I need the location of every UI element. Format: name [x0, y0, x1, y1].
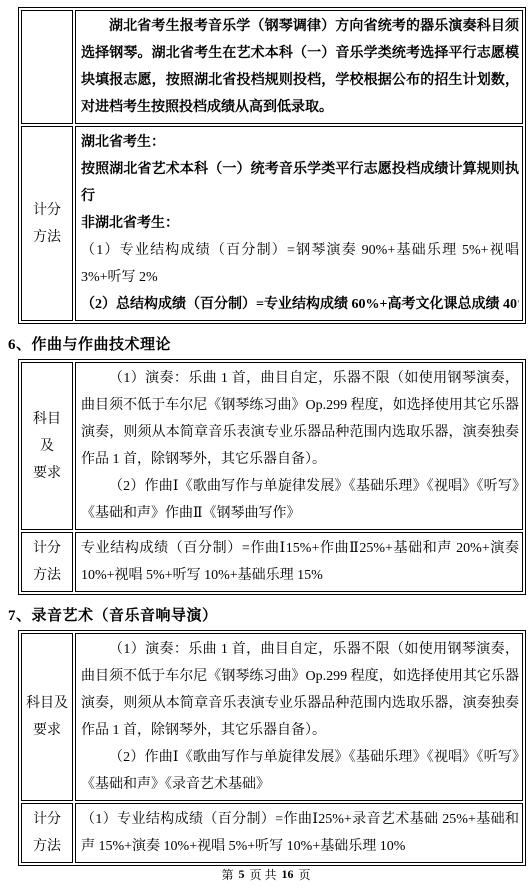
- label-line: 要求: [23, 460, 71, 487]
- subjects-requirements-label: 科目 及 要求: [21, 362, 73, 530]
- label-line: 科目及: [23, 690, 71, 717]
- total-score-formula-paragraph: （2）总结构成绩（百分制）=专业结构成绩 60%+高考文化课总成绩 40%: [81, 291, 519, 318]
- scoring-method-label: 计分 方法: [21, 803, 73, 863]
- page-footer: 第 5 页 共 16 页: [0, 866, 532, 883]
- scoring-method-row: 计分 方法 专业结构成绩（百分制）=作曲Ⅰ15%+作曲Ⅱ25%+基础和声 20%…: [21, 532, 523, 592]
- recording-arts-table: 科目及 要求 （1）演奏：乐曲 1 首，曲目自定，乐器不限（如使用钢琴演奏，曲目…: [18, 630, 526, 866]
- footer-text: 页 共: [249, 866, 276, 883]
- non-hubei-candidates-heading-paragraph: 非湖北省考生：: [81, 210, 519, 237]
- label-line: 方法: [23, 562, 71, 589]
- performance-requirement-paragraph: （1）演奏：乐曲 1 首，曲目自定，乐器不限（如使用钢琴演奏，曲目须不低于车尔尼…: [81, 365, 519, 473]
- composition-requirement-paragraph: （2）作曲Ⅰ《歌曲写作与单旋律发展》《基础乐理》《视唱》《听写》《基础和声》《录…: [81, 744, 519, 798]
- hubei-rule-paragraph: 按照湖北省艺术本科（一）统考音乐学类平行志愿投档成绩计算规则执行: [81, 156, 519, 210]
- empty-label-cell: [21, 10, 73, 124]
- scoring-method-label: 计分 方法: [21, 126, 73, 321]
- scoring-method-label: 计分 方法: [21, 532, 73, 592]
- composition-requirement-paragraph: （2）作曲Ⅰ《歌曲写作与单旋律发展》《基础乐理》《视唱》《听写》《基础和声》作曲…: [81, 473, 519, 527]
- section-6-heading: 6、作曲与作曲技术理论: [8, 333, 532, 354]
- subjects-requirements-cell: （1）演奏：乐曲 1 首，曲目自定，乐器不限（如使用钢琴演奏，曲目须不低于车尔尼…: [75, 633, 523, 801]
- admission-rules-row: 湖北省考生报考音乐学（钢琴调律）方向省统考的器乐演奏科目须选择钢琴。湖北省考生在…: [21, 10, 523, 124]
- score-formula-paragraph: （1）专业结构成绩（百分制）=作曲Ⅰ25%+录音艺术基础 25%+基础和声 15…: [81, 806, 519, 860]
- scoring-method-cell: 专业结构成绩（百分制）=作曲Ⅰ15%+作曲Ⅱ25%+基础和声 20%+演奏 10…: [75, 532, 523, 592]
- label-line: 科目: [23, 406, 71, 433]
- label-line: 计分: [23, 535, 71, 562]
- label-line: 计分: [23, 806, 71, 833]
- label-line: 计分: [23, 197, 71, 224]
- professional-score-formula-paragraph: （1）专业结构成绩（百分制）=钢琴演奏 90%+基础乐理 5%+视唱 3%+听写…: [81, 237, 519, 291]
- performance-requirement-paragraph: （1）演奏：乐曲 1 首，曲目自定，乐器不限（如使用钢琴演奏，曲目须不低于车尔尼…: [81, 636, 519, 744]
- piano-tuning-rules-table: 湖北省考生报考音乐学（钢琴调律）方向省统考的器乐演奏科目须选择钢琴。湖北省考生在…: [18, 7, 526, 324]
- label-line: 方法: [23, 833, 71, 860]
- composition-table: 科目 及 要求 （1）演奏：乐曲 1 首，曲目自定，乐器不限（如使用钢琴演奏，曲…: [18, 359, 526, 595]
- subjects-requirements-cell: （1）演奏：乐曲 1 首，曲目自定，乐器不限（如使用钢琴演奏，曲目须不低于车尔尼…: [75, 362, 523, 530]
- scoring-method-row: 计分 方法 （1）专业结构成绩（百分制）=作曲Ⅰ25%+录音艺术基础 25%+基…: [21, 803, 523, 863]
- page-number: 5: [238, 867, 244, 882]
- subjects-requirements-row: 科目 及 要求 （1）演奏：乐曲 1 首，曲目自定，乐器不限（如使用钢琴演奏，曲…: [21, 362, 523, 530]
- label-line: 及: [23, 433, 71, 460]
- admission-rules-paragraph: 湖北省考生报考音乐学（钢琴调律）方向省统考的器乐演奏科目须选择钢琴。湖北省考生在…: [81, 13, 519, 121]
- label-line: 要求: [23, 717, 71, 744]
- admission-rules-cell: 湖北省考生报考音乐学（钢琴调律）方向省统考的器乐演奏科目须选择钢琴。湖北省考生在…: [75, 10, 523, 124]
- label-line: 方法: [23, 224, 71, 251]
- footer-text: 页: [299, 866, 311, 883]
- hubei-candidates-heading-paragraph: 湖北省考生：: [81, 129, 519, 156]
- score-formula-paragraph: 专业结构成绩（百分制）=作曲Ⅰ15%+作曲Ⅱ25%+基础和声 20%+演奏 10…: [81, 535, 519, 589]
- scoring-method-cell: （1）专业结构成绩（百分制）=作曲Ⅰ25%+录音艺术基础 25%+基础和声 15…: [75, 803, 523, 863]
- subjects-requirements-row: 科目及 要求 （1）演奏：乐曲 1 首，曲目自定，乐器不限（如使用钢琴演奏，曲目…: [21, 633, 523, 801]
- document-page: 湖北省考生报考音乐学（钢琴调律）方向省统考的器乐演奏科目须选择钢琴。湖北省考生在…: [0, 0, 532, 888]
- scoring-method-cell: 湖北省考生： 按照湖北省艺术本科（一）统考音乐学类平行志愿投档成绩计算规则执行 …: [75, 126, 523, 321]
- scoring-method-row: 计分 方法 湖北省考生： 按照湖北省艺术本科（一）统考音乐学类平行志愿投档成绩计…: [21, 126, 523, 321]
- section-7-heading: 7、录音艺术（音乐音响导演）: [8, 604, 532, 625]
- total-pages: 16: [282, 867, 294, 882]
- subjects-requirements-label: 科目及 要求: [21, 633, 73, 801]
- footer-text: 第: [221, 866, 233, 883]
